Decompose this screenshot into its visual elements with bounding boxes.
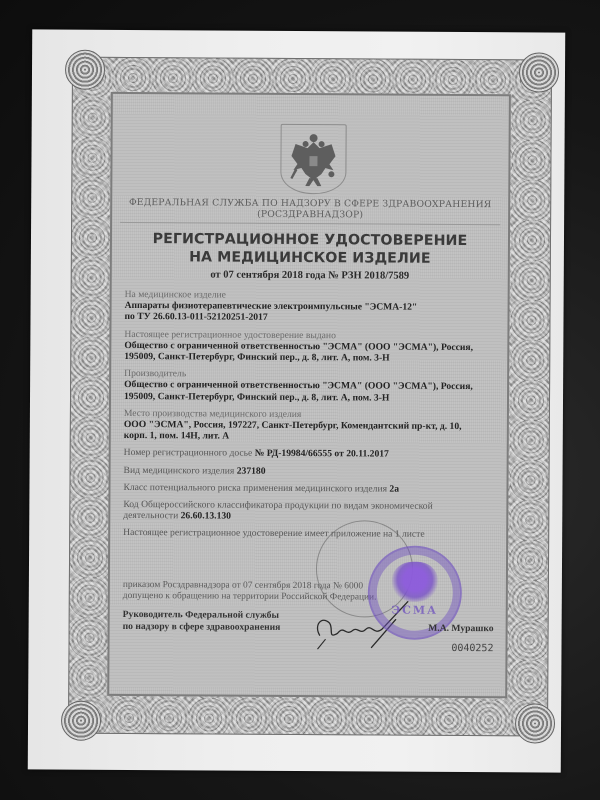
signatory-position: Руководитель Федеральной службы по надзо… [123,609,281,633]
issued-to-field: Настоящее регистрационное удостоверение … [124,329,497,365]
position-line: по надзору в сфере здравоохранения [123,620,281,632]
manufacturer-address: 195009, Санкт-Петербург, Финский пер., д… [124,391,497,404]
okpd-field: Код Общероссийского классификатора проду… [123,499,496,524]
header-divider [120,222,500,225]
appendix-note-field: Настоящее регистрационное удостоверение … [123,527,496,540]
production-site-address-cont: корп. 1, пом. 14Н, лит. А [124,430,497,443]
corner-rosette [65,50,105,90]
certificate-date-number: от 07 сентября 2018 года № РЗН 2018/7589 [112,269,508,282]
certificate-panel: ФЕДЕРАЛЬНАЯ СЛУЖБА ПО НАДЗОРУ В СФЕРЕ ЗД… [107,92,511,698]
device-type-field: Вид медицинского изделия 237180 [124,465,497,478]
production-site-field: Место производства медицинского изделия … [124,408,497,444]
okpd-label: Код Общероссийского классификатора проду… [123,499,496,512]
stamp-emblem [392,562,438,602]
dossier-value: № РД-19984/66555 от 20.11.2017 [255,448,389,460]
form-serial-number: 0040252 [451,643,493,654]
okpd-label-cont: деятельности [123,510,178,521]
ornamental-border: ФЕДЕРАЛЬНАЯ СЛУЖБА ПО НАДЗОРУ В СФЕРЕ ЗД… [68,57,552,737]
manufacturer-field: Производитель Общество с ограниченной от… [124,368,497,404]
coat-of-arms-icon [280,124,346,194]
photo-background: ФЕДЕРАЛЬНАЯ СЛУЖБА ПО НАДЗОРУ В СФЕРЕ ЗД… [0,0,600,800]
dossier-field: Номер регистрационного досье № РД-19984/… [124,447,497,460]
certificate-body: На медицинское изделие Аппараты физиотер… [123,289,498,547]
corner-rosette [61,701,101,741]
device-spec: по ТУ 26.60.13-011-52120251-2017 [124,311,497,324]
device-type-value: 237180 [237,465,266,476]
title-line: НА МЕДИЦИНСКОЕ ИЗДЕЛИЕ [112,248,508,268]
certificate-sheet: ФЕДЕРАЛЬНАЯ СЛУЖБА ПО НАДЗОРУ В СФЕРЕ ЗД… [28,29,566,772]
position-line: Руководитель Федеральной службы [123,609,281,621]
signatory-name: М.А. Мурашко [428,623,493,634]
stamp-text: ЭСМА [370,603,460,617]
title-line: РЕГИСТРАЦИОННОЕ УДОСТОВЕРЕНИЕ [112,230,508,250]
document-title: РЕГИСТРАЦИОННОЕ УДОСТОВЕРЕНИЕ НА МЕДИЦИН… [112,230,508,268]
device-type-label: Вид медицинского изделия [124,465,235,477]
issued-to-address: 195009, Санкт-Петербург, Финский пер., д… [124,351,497,364]
risk-class-label: Класс потенциального риска применения ме… [123,482,387,495]
okpd-value: 26.60.13.130 [181,511,231,522]
corner-rosette [519,52,559,92]
device-field: На медицинское изделие Аппараты физиотер… [124,289,497,325]
risk-class-field: Класс потенциального риска применения ме… [123,482,496,495]
dossier-label: Номер регистрационного досье [124,447,253,459]
agency-name: ФЕДЕРАЛЬНАЯ СЛУЖБА ПО НАДЗОРУ В СФЕРЕ ЗД… [112,197,508,221]
risk-class-value: 2а [389,483,399,494]
corner-rosette [515,703,555,743]
